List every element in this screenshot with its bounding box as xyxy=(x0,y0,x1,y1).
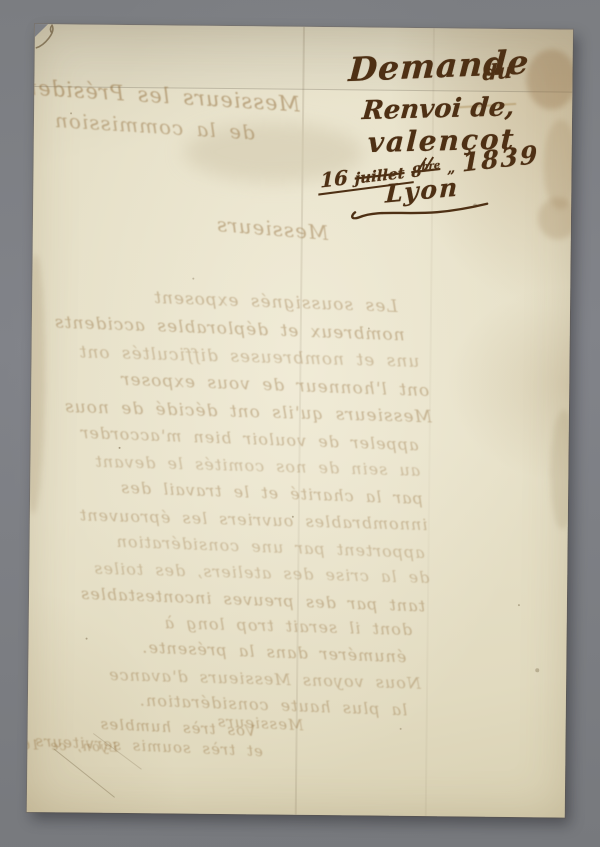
annotation-title-particle: du xyxy=(482,57,513,85)
bleedthrough-line: de la crise des ateliers, des toiles xyxy=(93,559,430,587)
bleedthrough-line: innombrables ouvriers les éprouvent xyxy=(79,505,428,534)
corner-stain xyxy=(526,49,573,110)
annotation-line2: Renvoi de, xyxy=(361,92,516,126)
bleedthrough-line: énumérer dans la présente. xyxy=(141,638,407,667)
edge-stain xyxy=(538,197,573,239)
bleedthrough-line: Messieurs xyxy=(215,212,329,245)
bleedthrough-line: par la charité et le travail des xyxy=(120,478,423,508)
archive-photo-background: { "document": { "kind": "handwritten arc… xyxy=(0,0,600,847)
bleedthrough-line: Nous voyons Messieurs d'avance xyxy=(108,665,421,693)
bleedthrough-line: appeler de vouloir bien m'accorder xyxy=(79,423,419,454)
date-day: 16 xyxy=(320,165,348,192)
bleedthrough-line: nombreux et déplorables accidents xyxy=(54,313,405,346)
bleedthrough-line: Les soussignés exposent xyxy=(153,288,398,317)
bleedthrough-line: au sein de nos comités le devant xyxy=(94,452,420,480)
edge-stain xyxy=(550,409,573,529)
letter-page: Messieurs les Présidentsde la commission… xyxy=(27,24,573,818)
bleedthrough-line: tant par des preuves incontestables xyxy=(80,584,426,616)
bleedthrough-line: apportent par une considération xyxy=(115,532,425,562)
dog-ear-curl-icon xyxy=(35,24,65,54)
bleedthrough-line: ont l'honneur de vous exposer xyxy=(120,370,430,401)
bleedthrough-line: uns et nombreuses difficultés ont xyxy=(78,343,419,373)
corner-crease-line xyxy=(53,748,115,797)
flourish-underline-icon xyxy=(347,199,497,221)
edge-stain xyxy=(27,254,47,514)
bleedthrough-line: dont il serait trop long à xyxy=(163,613,412,639)
bleedthrough-line: de la commission xyxy=(53,108,255,145)
edge-stain xyxy=(543,119,573,209)
bleedthrough-line: Messieurs qu'ils ont décidé de nous xyxy=(64,397,432,427)
